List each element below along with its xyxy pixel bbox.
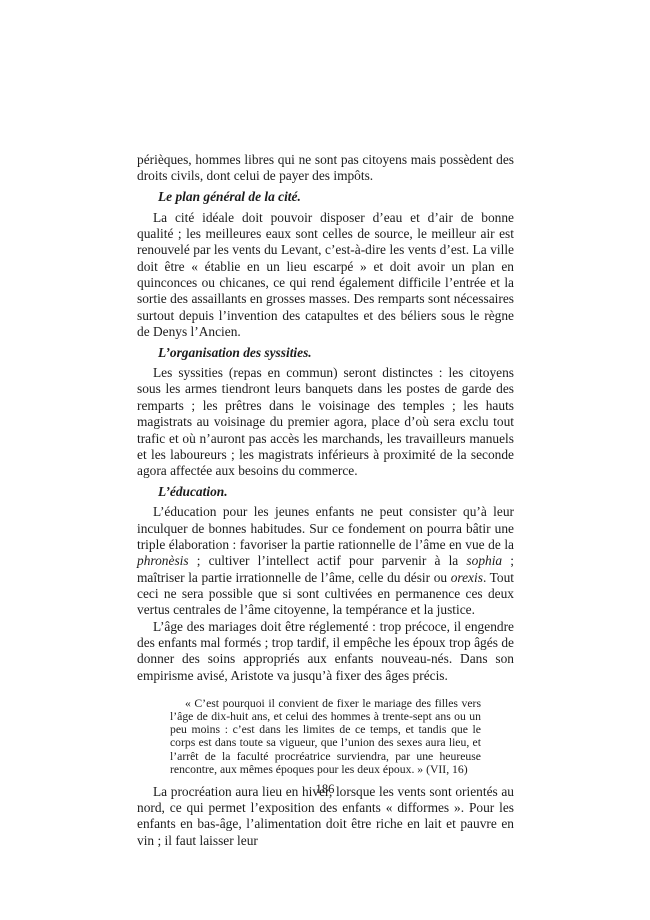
page-number: 186 — [0, 782, 650, 797]
italic-term-orexis: orexis — [451, 570, 483, 585]
text-run: L’éducation pour les jeunes enfants ne p… — [137, 504, 514, 552]
heading-organisation-syssities: L’organisation des syssities. — [137, 345, 514, 361]
heading-plan-general: Le plan général de la cité. — [137, 189, 514, 205]
italic-term-sophia: sophia — [466, 553, 502, 568]
page-body-text: périèques, hommes libres qui ne sont pas… — [137, 152, 514, 849]
paragraph-syssities: Les syssities (repas en commun) seront d… — [137, 365, 514, 479]
book-page: périèques, hommes libres qui ne sont pas… — [0, 0, 650, 920]
paragraph-cite-ideale: La cité idéale doit pouvoir disposer d’e… — [137, 210, 514, 341]
heading-education: L’éducation. — [137, 484, 514, 500]
paragraph-age-mariages: L’âge des mariages doit être réglementé … — [137, 619, 514, 684]
paragraph-perieques: périèques, hommes libres qui ne sont pas… — [137, 152, 514, 185]
italic-term-phronesis: phronèsis — [137, 553, 189, 568]
text-run: ; cultiver l’intellect actif pour parven… — [189, 553, 467, 568]
quote-mariage-vii-16: « C’est pourquoi il convient de fixer le… — [170, 697, 481, 776]
paragraph-education: L’éducation pour les jeunes enfants ne p… — [137, 504, 514, 618]
